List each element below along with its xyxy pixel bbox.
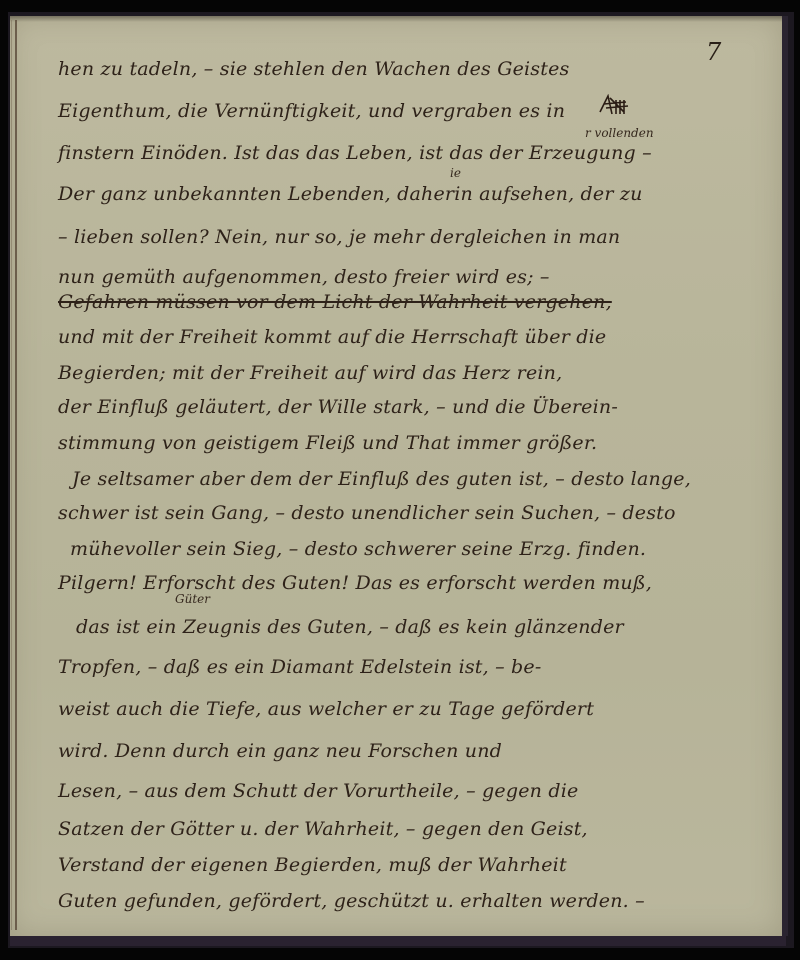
manuscript-line: wird. Denn durch ein ganz neu Forschen u… bbox=[58, 740, 502, 762]
manuscript-line: Je seltsamer aber dem der Einfluß des gu… bbox=[72, 468, 691, 490]
manuscript-line: Begierden; mit der Freiheit auf wird das… bbox=[58, 362, 562, 384]
manuscript-line: und mit der Freiheit kommt auf die Herrs… bbox=[58, 326, 606, 348]
manuscript-line: schwer ist sein Gang, – desto unendliche… bbox=[58, 502, 676, 524]
manuscript-line: Lesen, – aus dem Schutt der Vorurtheile,… bbox=[58, 780, 578, 802]
manuscript-line: Eigenthum, die Vernünftigkeit, und vergr… bbox=[58, 100, 565, 122]
manuscript-line: nun gemüth aufgenommen, desto freier wir… bbox=[58, 266, 550, 288]
manuscript-line: mühevoller sein Sieg, – desto schwerer s… bbox=[70, 538, 646, 560]
manuscript-line: – lieben sollen? Nein, nur so, je mehr d… bbox=[58, 226, 620, 248]
page-number: 7 bbox=[706, 38, 721, 66]
manuscript-line: hen zu tadeln, – sie stehlen den Wachen … bbox=[58, 58, 569, 80]
manuscript-line: Der ganz unbekannten Lebenden, daherin a… bbox=[58, 183, 643, 205]
manuscript-line: weist auch die Tiefe, aus welcher er zu … bbox=[58, 698, 594, 720]
manuscript-line: das ist ein Zeugnis des Guten, – daß es … bbox=[76, 616, 624, 638]
interlinear-note: ie bbox=[450, 166, 461, 180]
page-bottom-edge bbox=[10, 936, 786, 946]
manuscript-line: Verstand der eigenen Begierden, muß der … bbox=[58, 854, 567, 876]
manuscript-line: finstern Einöden. Ist das das Leben, ist… bbox=[58, 142, 652, 164]
manuscript-line: Pilgern! Erforscht des Guten! Das es erf… bbox=[58, 572, 652, 594]
manuscript-line: der Einfluß geläutert, der Wille stark, … bbox=[58, 396, 618, 418]
interlinear-note: Güter bbox=[175, 592, 210, 606]
manuscript-line: Satzen der Götter u. der Wahrheit, – geg… bbox=[58, 818, 588, 840]
manuscript-line: Guten gefunden, gefördert, geschützt u. … bbox=[58, 890, 645, 912]
manuscript-line-struck: Gefahren müssen vor dem Licht der Wahrhe… bbox=[58, 291, 612, 313]
manuscript-page: 7 hen zu tadeln, – sie stehlen den Wache… bbox=[10, 16, 788, 936]
manuscript-line: stimmung von geistigem Fleiß und That im… bbox=[58, 432, 597, 454]
margin-rule bbox=[15, 20, 17, 930]
interlinear-note: r vollenden bbox=[585, 126, 654, 140]
crossed-out-scribble-icon bbox=[598, 94, 630, 116]
manuscript-line: Tropfen, – daß es ein Diamant Edelstein … bbox=[58, 656, 541, 678]
margin-rule-outer bbox=[11, 20, 12, 930]
